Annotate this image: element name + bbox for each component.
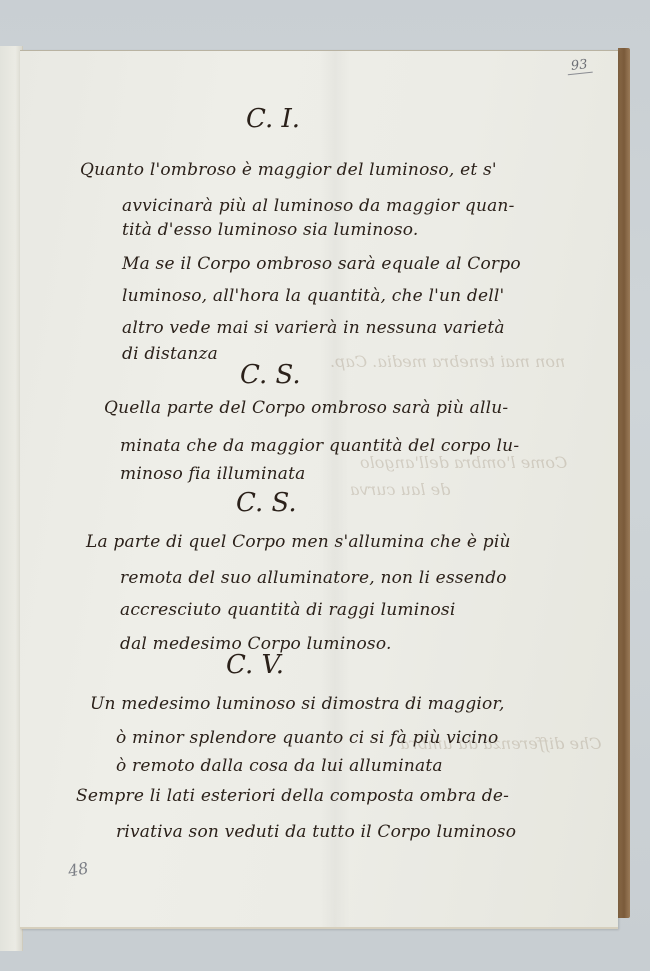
chapter-heading: C. V.	[226, 650, 284, 680]
shelfmark-number: 48	[67, 858, 90, 880]
text-line: La parte di quel Corpo men s'allumina ch…	[86, 532, 511, 552]
text-line: Quanto l'ombroso è maggior del luminoso,…	[80, 160, 497, 180]
text-line: rivativa son veduti da tutto il Corpo lu…	[116, 822, 516, 842]
text-line: ò minor splendore quanto ci si fà più vi…	[116, 728, 498, 748]
chapter-heading: C. S.	[240, 360, 301, 390]
book-cover-edge	[618, 48, 630, 918]
text-line: altro vede mai si varierà in nessuna var…	[122, 318, 505, 338]
text-line: di distanza	[122, 344, 218, 364]
text-line: avvicinarà più al luminoso da maggior qu…	[122, 196, 515, 216]
text-line: ò remoto dalla cosa da lui alluminata	[116, 756, 443, 776]
text-line: tità d'esso luminoso sia luminoso.	[122, 220, 419, 240]
bleed-through-text: de lau curva	[350, 480, 450, 499]
bleed-through-text: non mai tenebra media. Cap.	[330, 352, 565, 371]
text-line: Ma se il Corpo ombroso sarà equale al Co…	[122, 254, 521, 274]
text-line: Sempre li lati esteriori della composta …	[76, 786, 509, 806]
chapter-heading: C. I.	[246, 104, 300, 134]
text-line: Un medesimo luminoso si dimostra di magg…	[90, 694, 505, 714]
text-line: minoso fia illuminata	[120, 464, 305, 484]
text-line: minata che da maggior quantità del corpo…	[120, 436, 519, 456]
text-line: accresciuto quantità di raggi luminosi	[120, 600, 456, 620]
text-line: remota del suo alluminatore, non li esse…	[120, 568, 507, 588]
folio-number: 93	[566, 57, 592, 75]
chapter-heading: C. S.	[236, 488, 297, 518]
text-line: luminoso, all'hora la quantità, che l'un…	[122, 286, 504, 306]
text-line: Quella parte del Corpo ombroso sarà più …	[104, 398, 508, 418]
